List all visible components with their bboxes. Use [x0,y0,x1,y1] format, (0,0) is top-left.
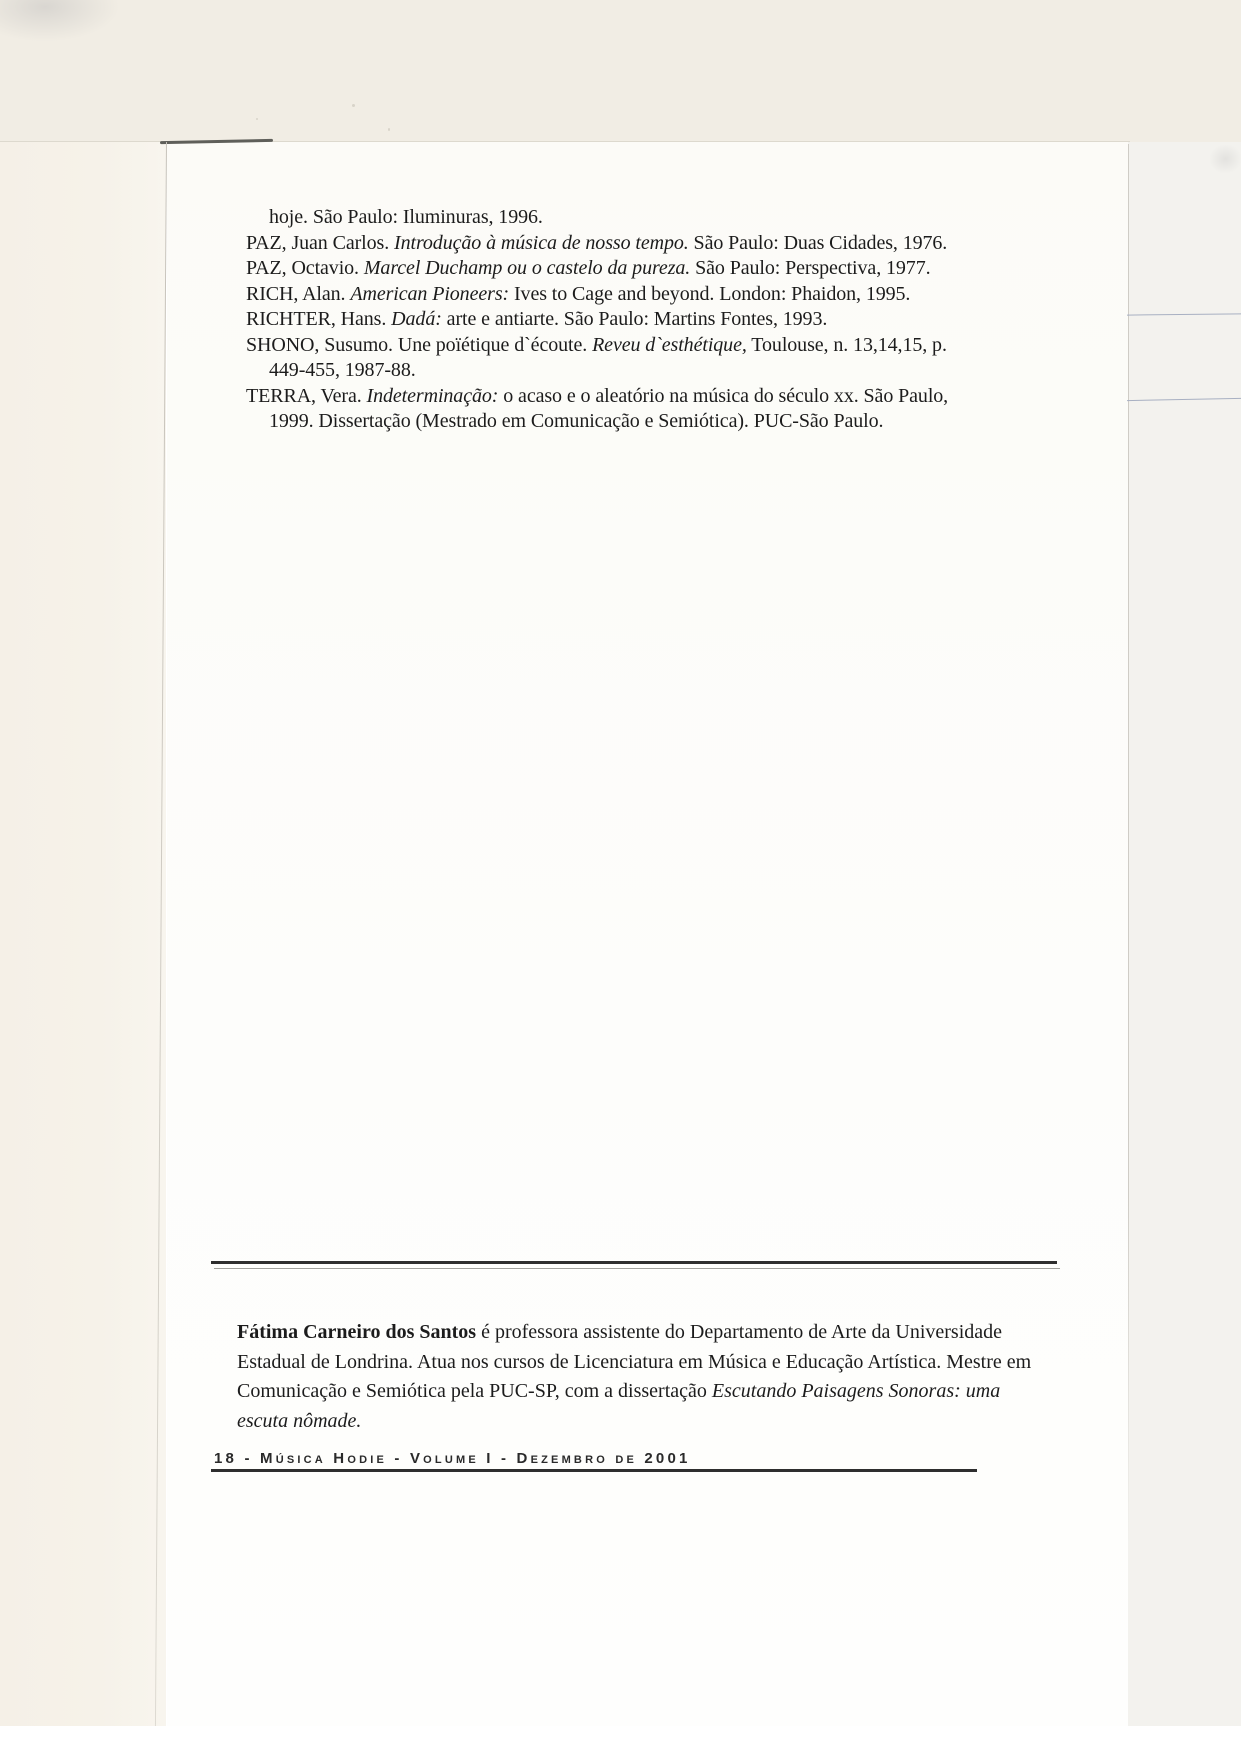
reference-line: 1999. Dissertação (Mestrado em Comunicaç… [246,409,1076,435]
scanner-background-right [1128,142,1241,1726]
reference-line: PAZ, Octavio. Marcel Duchamp ou o castel… [246,256,1076,282]
reference-line: RICHTER, Hans. Dadá: arte e antiarte. Sã… [246,307,1076,333]
bio-line: escuta nômade. [237,1407,1077,1437]
page-footer-rule [211,1469,977,1472]
bio-line: Fátima Carneiro dos Santos é professora … [237,1318,1077,1348]
reference-line: hoje. São Paulo: Iluminuras, 1996. [246,205,1076,231]
reference-line: TERRA, Vera. Indeterminação: o acaso e o… [246,384,1076,410]
reference-line: SHONO, Susumo. Une poïétique d`écoute. R… [246,333,1076,359]
reference-line: PAZ, Juan Carlos. Introdução à música de… [246,231,1076,257]
section-divider-thick-rule [211,1261,1057,1264]
scan-speck [352,104,355,107]
page-right-edge [1128,144,1129,1544]
scan-artifact-blob [1210,145,1241,173]
section-divider-thin-rule [214,1268,1060,1269]
scanner-background-left [0,142,166,1726]
bio-line: Comunicação e Semiótica pela PUC-SP, com… [237,1377,1077,1407]
scan-speck [388,128,390,131]
scan-speck [256,118,258,120]
scan-corner-smudge [0,0,120,42]
scanner-background-top [0,0,1241,142]
scanned-page: hoje. São Paulo: Iluminuras, 1996.PAZ, J… [0,0,1241,1755]
page-footer-text: 18 - Música Hodie - Volume I - Dezembro … [214,1450,691,1467]
author-bio-block: Fátima Carneiro dos Santos é professora … [237,1318,1077,1436]
reference-line: RICH, Alan. American Pioneers: Ives to C… [246,282,1076,308]
reference-line: 449-455, 1987-88. [246,358,1076,384]
references-block: hoje. São Paulo: Iluminuras, 1996.PAZ, J… [246,205,1076,435]
bio-line: Estadual de Londrina. Atua nos cursos de… [237,1348,1077,1378]
